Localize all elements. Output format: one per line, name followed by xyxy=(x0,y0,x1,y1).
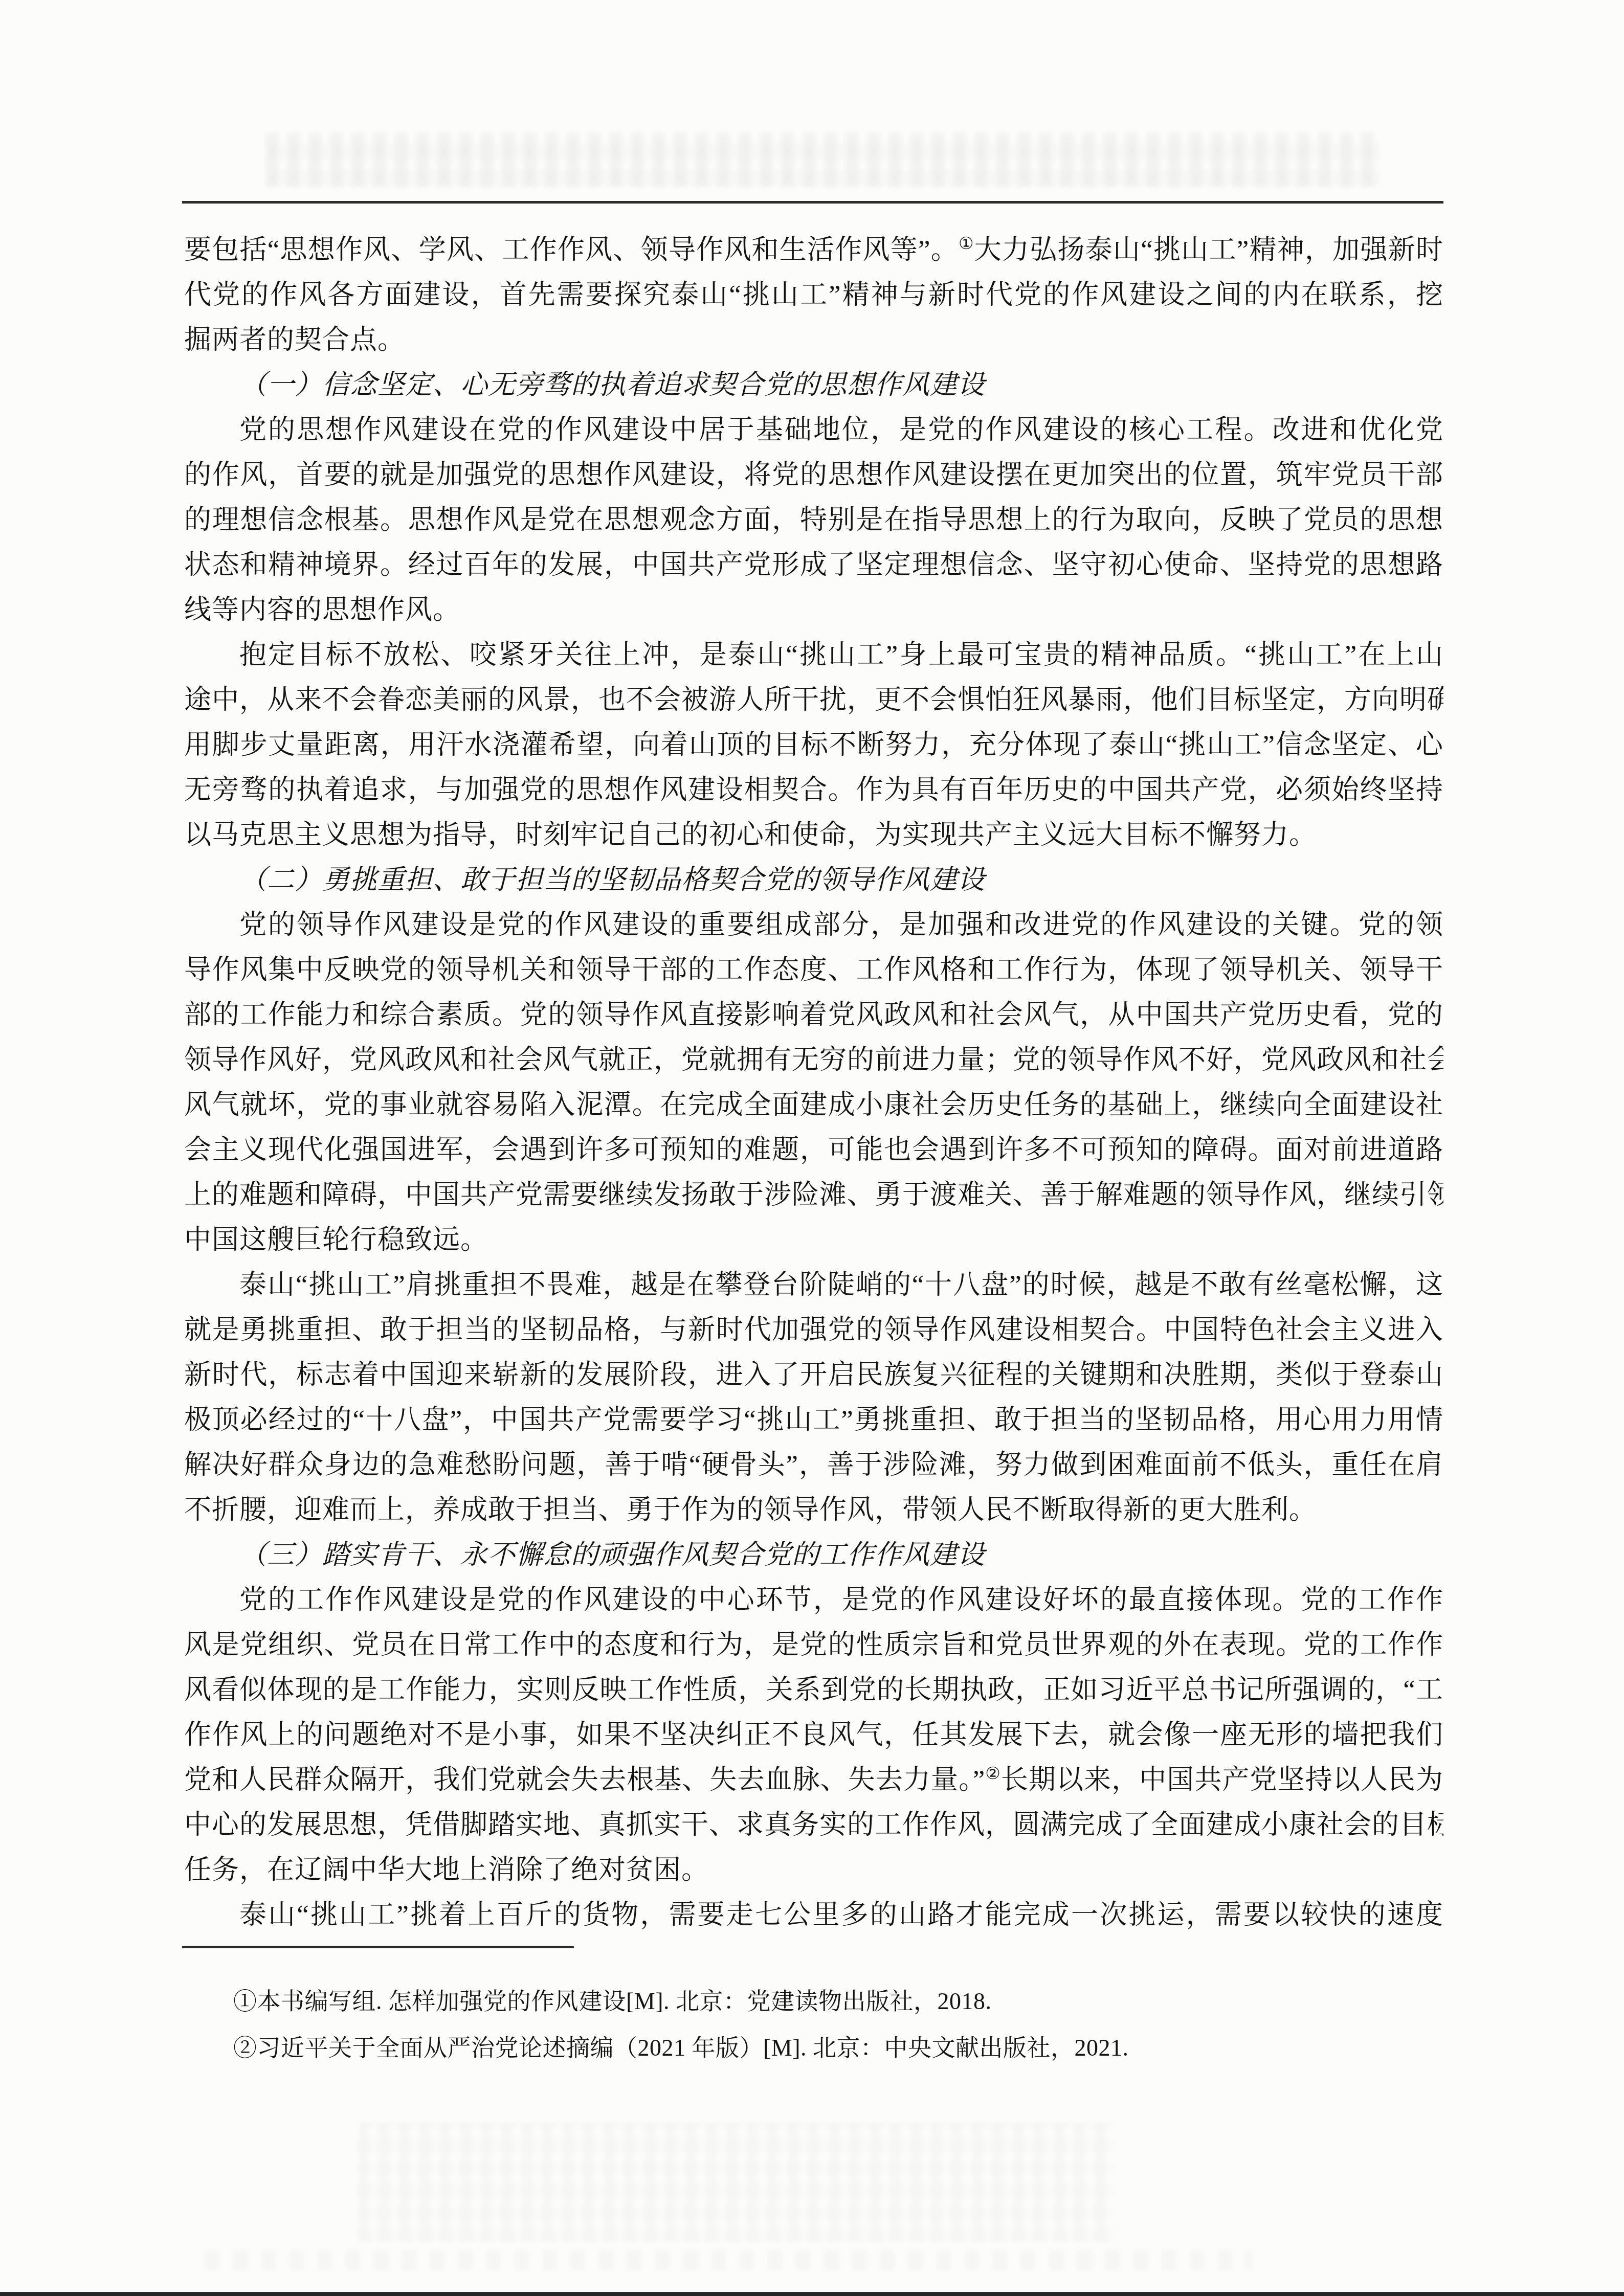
text-line: 中国这艘巨轮行稳致远。 xyxy=(184,1218,1443,1263)
text-segment: 线等内容的思想作风。 xyxy=(184,595,460,625)
text-line: 作作风上的问题绝对不是小事，如果不坚决纠正不良风气，任其发展下去，就会像一座无形… xyxy=(184,1713,1443,1758)
document-page: 要包括“思想作风、学风、工作作风、领导作风和生活作风等”。①大力弘扬泰山“挑山工… xyxy=(0,0,1624,2296)
text-line: 中心的发展思想，凭借脚踏实地、真抓实干、求真务实的工作作风，圆满完成了全面建成小… xyxy=(184,1803,1443,1848)
showthrough-text-top xyxy=(266,133,1381,187)
text-segment: 导作风集中反映党的领导机关和领导干部的工作态度、工作风格和工作行为，体现了领导机… xyxy=(184,955,1443,985)
text-segment: 的作风，首要的就是加强党的思想作风建设，将党的思想作风建设摆在更加突出的位置，筑… xyxy=(184,460,1443,490)
text-line: 状态和精神境界。经过百年的发展，中国共产党形成了坚定理想信念、坚守初心使命、坚持… xyxy=(184,543,1443,588)
text-segment: 中国这艘巨轮行稳致远。 xyxy=(184,1225,488,1255)
text-segment: 会主义现代化强国进军，会遇到许多可预知的难题，可能也会遇到许多不可预知的障碍。面… xyxy=(184,1135,1443,1165)
text-line: 途中，从来不会眷恋美丽的风景，也不会被游人所干扰，更不会惧怕狂风暴雨，他们目标坚… xyxy=(184,678,1443,723)
text-line: 风看似体现的是工作能力，实则反映工作性质，关系到党的长期执政，正如习近平总书记所… xyxy=(184,1668,1443,1713)
showthrough-text-bottom xyxy=(358,2122,1115,2242)
footnote-line: ①本书编写组. 怎样加强党的作风建设[M]. 北京：党建读物出版社，2018. xyxy=(184,1978,1443,2024)
text-line: 用脚步丈量距离，用汗水浇灌希望，向着山顶的目标不断努力，充分体现了泰山“挑山工”… xyxy=(184,723,1443,768)
text-line: 党的工作作风建设是党的作风建设的中心环节，是党的作风建设好坏的最直接体现。党的工… xyxy=(184,1578,1443,1623)
text-segment: 要包括“思想作风、学风、工作作风、领导作风和生活作风等”。 xyxy=(184,235,959,265)
text-segment: 极顶必经过的“十八盘”，中国共产党需要学习“挑山工”勇挑重担、敢于担当的坚韧品格… xyxy=(184,1405,1443,1435)
text-line: 导作风集中反映党的领导机关和领导干部的工作态度、工作风格和工作行为，体现了领导机… xyxy=(184,948,1443,993)
text-segment: （一）信念坚定、心无旁骛的执着追求契合党的思想作风建设 xyxy=(239,370,985,400)
footnotes: ①本书编写组. 怎样加强党的作风建设[M]. 北京：党建读物出版社，2018.②… xyxy=(184,1978,1443,2071)
text-segment: 上的难题和障碍，中国共产党需要继续发扬敢于涉险滩、勇于渡难关、善于解难题的领导作… xyxy=(184,1180,1443,1210)
text-segment: 大力弘扬泰山“挑山工”精神，加强新时 xyxy=(974,235,1443,265)
header-rule xyxy=(182,201,1443,204)
footnote-divider xyxy=(182,1946,574,1948)
text-line: 无旁骛的执着追求，与加强党的思想作风建设相契合。作为具有百年历史的中国共产党，必… xyxy=(184,768,1443,813)
text-segment: 就是勇挑重担、敢于担当的坚韧品格，与新时代加强党的领导作风建设相契合。中国特色社… xyxy=(184,1315,1443,1345)
text-line: 就是勇挑重担、敢于担当的坚韧品格，与新时代加强党的领导作风建设相契合。中国特色社… xyxy=(184,1308,1443,1353)
text-line: 风气就坏，党的事业就容易陷入泥潭。在完成全面建成小康社会历史任务的基础上，继续向… xyxy=(184,1083,1443,1128)
text-segment: 党的工作作风建设是党的作风建设的中心环节，是党的作风建设好坏的最直接体现。党的工… xyxy=(239,1585,1443,1615)
text-segment: （三）踏实肯干、永不懈怠的顽强作风契合党的工作作风建设 xyxy=(239,1540,985,1570)
text-line: 解决好群众身边的急难愁盼问题，善于啃“硬骨头”，善于涉险滩，努力做到困难面前不低… xyxy=(184,1443,1443,1488)
text-segment: 无旁骛的执着追求，与加强党的思想作风建设相契合。作为具有百年历史的中国共产党，必… xyxy=(184,775,1443,805)
text-segment: 作作风上的问题绝对不是小事，如果不坚决纠正不良风气，任其发展下去，就会像一座无形… xyxy=(184,1720,1443,1750)
text-line: 以马克思主义思想为指导，时刻牢记自己的初心和使命，为实现共产主义远大目标不懈努力… xyxy=(184,813,1443,858)
text-segment: 用脚步丈量距离，用汗水浇灌希望，向着山顶的目标不断努力，充分体现了泰山“挑山工”… xyxy=(184,730,1443,760)
text-segment: 风看似体现的是工作能力，实则反映工作性质，关系到党的长期执政，正如习近平总书记所… xyxy=(184,1675,1443,1705)
text-segment: 抱定目标不放松、咬紧牙关往上冲，是泰山“挑山工”身上最可宝贵的精神品质。“挑山工… xyxy=(239,640,1443,670)
text-line: 党的思想作风建设在党的作风建设中居于基础地位，是党的作风建设的核心工程。改进和优… xyxy=(184,408,1443,453)
text-line: 抱定目标不放松、咬紧牙关往上冲，是泰山“挑山工”身上最可宝贵的精神品质。“挑山工… xyxy=(184,633,1443,678)
text-line: 不折腰，迎难而上，养成敢于担当、勇于作为的领导作风，带领人民不断取得新的更大胜利… xyxy=(184,1488,1443,1533)
section-heading: （一）信念坚定、心无旁骛的执着追求契合党的思想作风建设 xyxy=(184,363,1443,408)
text-segment: （二）勇挑重担、敢于担当的坚韧品格契合党的领导作风建设 xyxy=(239,865,985,895)
text-segment: 状态和精神境界。经过百年的发展，中国共产党形成了坚定理想信念、坚守初心使命、坚持… xyxy=(184,550,1443,580)
text-line: 要包括“思想作风、学风、工作作风、领导作风和生活作风等”。①大力弘扬泰山“挑山工… xyxy=(184,228,1443,273)
text-line: 领导作风好，党风政风和社会风气就正，党就拥有无穷的前进力量；党的领导作风不好，党… xyxy=(184,1038,1443,1083)
text-segment: 泰山“挑山工”肩挑重担不畏难，越是在攀登台阶陡峭的“十八盘”的时候，越是不敢有丝… xyxy=(239,1270,1443,1300)
text-line: 党和人民群众隔开，我们党就会失去根基、失去血脉、失去力量。”②长期以来，中国共产… xyxy=(184,1758,1443,1803)
text-segment: 掘两者的契合点。 xyxy=(184,325,405,355)
showthrough-band-bottom xyxy=(205,2250,1253,2270)
text-line: 风是党组织、党员在日常工作中的态度和行为，是党的性质宗旨和党员世界观的外在表现。… xyxy=(184,1623,1443,1668)
footnote-line: ②习近平关于全面从严治党论述摘编（2021 年版）[M]. 北京：中央文献出版社… xyxy=(184,2024,1443,2071)
text-line: 党的领导作风建设是党的作风建设的重要组成部分，是加强和改进党的作风建设的关键。党… xyxy=(184,903,1443,948)
text-segment: 的理想信念根基。思想作风是党在思想观念方面，特别是在指导思想上的行为取向，反映了… xyxy=(184,505,1443,535)
text-line: 掘两者的契合点。 xyxy=(184,318,1443,363)
text-line: 泰山“挑山工”肩挑重担不畏难，越是在攀登台阶陡峭的“十八盘”的时候，越是不敢有丝… xyxy=(184,1263,1443,1308)
text-segment: 长期以来，中国共产党坚持以人民为 xyxy=(1001,1765,1443,1795)
text-segment: 领导作风好，党风政风和社会风气就正，党就拥有无穷的前进力量；党的领导作风不好，党… xyxy=(184,1045,1443,1075)
text-line: 代党的作风各方面建设，首先需要探究泰山“挑山工”精神与新时代党的作风建设之间的内… xyxy=(184,273,1443,318)
text-segment: 解决好群众身边的急难愁盼问题，善于啃“硬骨头”，善于涉险滩，努力做到困难面前不低… xyxy=(184,1450,1443,1480)
text-segment: 不折腰，迎难而上，养成敢于担当、勇于作为的领导作风，带领人民不断取得新的更大胜利… xyxy=(184,1495,1317,1525)
text-segment: 代党的作风各方面建设，首先需要探究泰山“挑山工”精神与新时代党的作风建设之间的内… xyxy=(184,280,1443,310)
footnote-marker: ② xyxy=(985,1765,1001,1783)
section-heading: （二）勇挑重担、敢于担当的坚韧品格契合党的领导作风建设 xyxy=(184,858,1443,903)
text-segment: 任务，在辽阔中华大地上消除了绝对贫困。 xyxy=(184,1855,709,1885)
text-line: 极顶必经过的“十八盘”，中国共产党需要学习“挑山工”勇挑重担、敢于担当的坚韧品格… xyxy=(184,1398,1443,1443)
text-line: 新时代，标志着中国迎来崭新的发展阶段，进入了开启民族复兴征程的关键期和决胜期，类… xyxy=(184,1353,1443,1398)
text-segment: 以马克思主义思想为指导，时刻牢记自己的初心和使命，为实现共产主义远大目标不懈努力… xyxy=(184,820,1317,850)
text-segment: 风气就坏，党的事业就容易陷入泥潭。在完成全面建成小康社会历史任务的基础上，继续向… xyxy=(184,1090,1443,1120)
text-line: 的理想信念根基。思想作风是党在思想观念方面，特别是在指导思想上的行为取向，反映了… xyxy=(184,498,1443,543)
text-segment: 泰山“挑山工”挑着上百斤的货物，需要走七公里多的山路才能完成一次挑运，需要以较快… xyxy=(239,1900,1443,1930)
section-heading: （三）踏实肯干、永不懈怠的顽强作风契合党的工作作风建设 xyxy=(184,1533,1443,1578)
text-line: 会主义现代化强国进军，会遇到许多可预知的难题，可能也会遇到许多不可预知的障碍。面… xyxy=(184,1128,1443,1173)
body-text: 要包括“思想作风、学风、工作作风、领导作风和生活作风等”。①大力弘扬泰山“挑山工… xyxy=(184,228,1443,1938)
text-line: 线等内容的思想作风。 xyxy=(184,588,1443,633)
text-line: 任务，在辽阔中华大地上消除了绝对贫困。 xyxy=(184,1848,1443,1893)
text-line: 泰山“挑山工”挑着上百斤的货物，需要走七公里多的山路才能完成一次挑运，需要以较快… xyxy=(184,1893,1443,1938)
text-line: 上的难题和障碍，中国共产党需要继续发扬敢于涉险滩、勇于渡难关、善于解难题的领导作… xyxy=(184,1173,1443,1218)
text-segment: 风是党组织、党员在日常工作中的态度和行为，是党的性质宗旨和党员世界观的外在表现。… xyxy=(184,1630,1443,1660)
footnote-marker: ① xyxy=(959,235,974,253)
text-segment: 部的工作能力和综合素质。党的领导作风直接影响着党风政风和社会风气，从中国共产党历… xyxy=(184,1000,1443,1030)
scan-bottom-edge xyxy=(0,2292,1624,2296)
text-segment: 党和人民群众隔开，我们党就会失去根基、失去血脉、失去力量。” xyxy=(184,1765,985,1795)
text-segment: 中心的发展思想，凭借脚踏实地、真抓实干、求真务实的工作作风，圆满完成了全面建成小… xyxy=(184,1810,1443,1840)
text-line: 部的工作能力和综合素质。党的领导作风直接影响着党风政风和社会风气，从中国共产党历… xyxy=(184,993,1443,1038)
text-segment: 党的领导作风建设是党的作风建设的重要组成部分，是加强和改进党的作风建设的关键。党… xyxy=(239,910,1443,940)
text-segment: 新时代，标志着中国迎来崭新的发展阶段，进入了开启民族复兴征程的关键期和决胜期，类… xyxy=(184,1360,1443,1390)
text-segment: 途中，从来不会眷恋美丽的风景，也不会被游人所干扰，更不会惧怕狂风暴雨，他们目标坚… xyxy=(184,685,1443,715)
text-segment: 党的思想作风建设在党的作风建设中居于基础地位，是党的作风建设的核心工程。改进和优… xyxy=(239,415,1443,445)
text-line: 的作风，首要的就是加强党的思想作风建设，将党的思想作风建设摆在更加突出的位置，筑… xyxy=(184,453,1443,498)
